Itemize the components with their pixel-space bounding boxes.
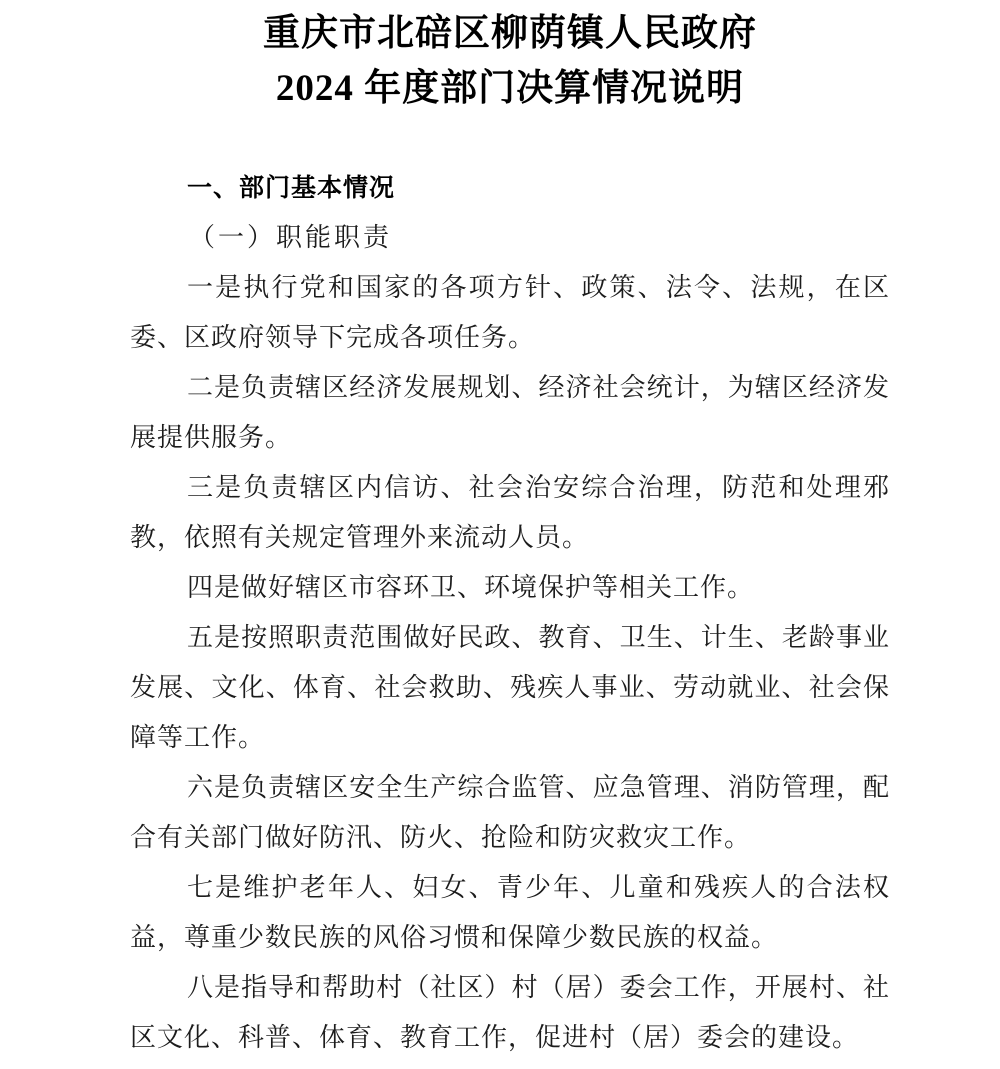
section-heading-basic-info: 一、部门基本情况	[130, 163, 890, 213]
paragraph: 七是维护老年人、妇女、青少年、儿童和残疾人的合法权益，尊重少数民族的风俗习惯和保…	[130, 863, 890, 963]
paragraph: 六是负责辖区安全生产综合监管、应急管理、消防管理，配合有关部门做好防汛、防火、抢…	[130, 763, 890, 863]
document-title: 重庆市北碚区柳荫镇人民政府 2024 年度部门决算情况说明	[130, 6, 890, 116]
paragraph: 三是负责辖区内信访、社会治安综合治理，防范和处理邪教，依照有关规定管理外来流动人…	[130, 463, 890, 563]
paragraph: 五是按照职责范围做好民政、教育、卫生、计生、老龄事业发展、文化、体育、社会救助、…	[130, 613, 890, 763]
subsection-heading-duties: （一）职能职责	[130, 213, 890, 263]
body-text: 一是执行党和国家的各项方针、政策、法令、法规，在区委、区政府领导下完成各项任务。…	[130, 263, 890, 1063]
paragraph: 四是做好辖区市容环卫、环境保护等相关工作。	[130, 563, 890, 613]
document-title-line-2: 2024 年度部门决算情况说明	[130, 61, 890, 116]
paragraph: 一是执行党和国家的各项方针、政策、法令、法规，在区委、区政府领导下完成各项任务。	[130, 263, 890, 363]
document-page: 重庆市北碚区柳荫镇人民政府 2024 年度部门决算情况说明 一、部门基本情况 （…	[0, 0, 1000, 1069]
document-title-line-1: 重庆市北碚区柳荫镇人民政府	[130, 6, 890, 61]
paragraph: 二是负责辖区经济发展规划、经济社会统计，为辖区经济发展提供服务。	[130, 363, 890, 463]
paragraph: 八是指导和帮助村（社区）村（居）委会工作，开展村、社区文化、科普、体育、教育工作…	[130, 963, 890, 1063]
